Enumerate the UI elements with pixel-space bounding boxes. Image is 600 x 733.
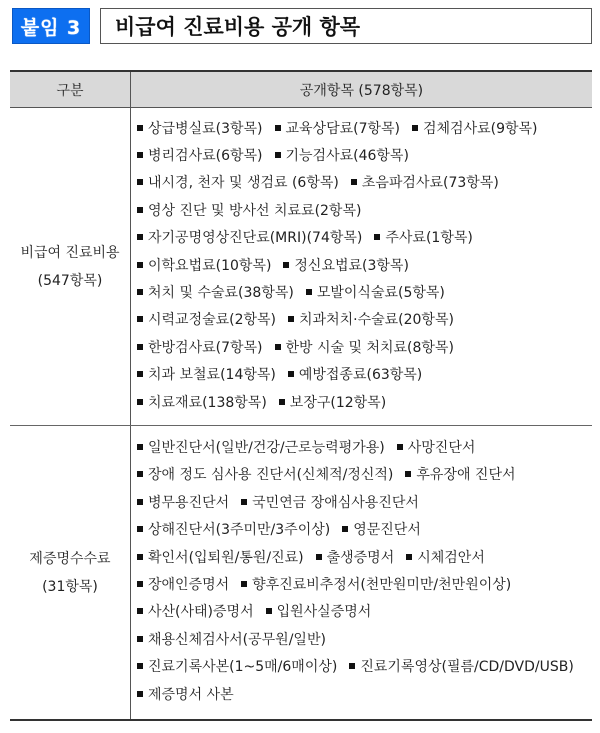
list-item-text: 채용신체검사서(공무원/일반) xyxy=(148,629,326,649)
list-item: 교육상담료(7항목) xyxy=(275,118,401,138)
list-item-text: 처치 및 수술료(38항목) xyxy=(148,282,294,302)
list-item-text: 검체검사료(9항목) xyxy=(423,118,538,138)
list-item-text: 모발이식술료(5항목) xyxy=(317,282,445,302)
list-item-text: 진료기록영상(필름/CD/DVD/USB) xyxy=(360,656,573,676)
list-item: 진료기록사본(1~5매/6매이상) xyxy=(137,656,337,676)
list-line: 상해진단서(3주미만/3주이상)영문진단서 xyxy=(137,515,592,542)
list-item: 초음파검사료(73항목) xyxy=(351,172,499,192)
list-item-text: 일반진단서(일반/건강/근로능력평가용) xyxy=(148,437,385,457)
list-item-text: 출생증명서 xyxy=(327,547,395,567)
list-line: 내시경, 천자 및 생검료 (6항목)초음파검사료(73항목) xyxy=(137,169,592,196)
list-item-text: 진료기록사본(1~5매/6매이상) xyxy=(148,656,337,676)
list-item-text: 기능검사료(46항목) xyxy=(286,145,409,165)
list-item: 보장구(12항목) xyxy=(279,392,386,412)
list-line: 제증명서 사본 xyxy=(137,680,592,707)
list-line: 채용신체검사서(공무원/일반) xyxy=(137,625,592,652)
square-bullet-icon xyxy=(137,444,143,450)
table-row-certificate-fees: 제증명수수료 (31항목) 일반진단서(일반/건강/근로능력평가용)사망진단서장… xyxy=(10,425,592,719)
list-item-text: 병리검사료(6항목) xyxy=(148,145,263,165)
appendix-badge: 붙임 3 xyxy=(12,8,90,44)
square-bullet-icon xyxy=(275,152,281,158)
list-line: 일반진단서(일반/건강/근로능력평가용)사망진단서 xyxy=(137,433,592,460)
list-item-text: 내시경, 천자 및 생검료 (6항목) xyxy=(148,172,339,192)
category-name: 비급여 진료비용 xyxy=(20,239,119,267)
square-bullet-icon xyxy=(283,262,289,268)
category-cell: 비급여 진료비용 (547항목) xyxy=(10,108,131,425)
list-line: 진료기록사본(1~5매/6매이상)진료기록영상(필름/CD/DVD/USB) xyxy=(137,652,592,679)
list-line: 상급병실료(3항목)교육상담료(7항목)검체검사료(9항목) xyxy=(137,114,592,141)
items-cell: 상급병실료(3항목)교육상담료(7항목)검체검사료(9항목)병리검사료(6항목)… xyxy=(131,108,592,425)
square-bullet-icon xyxy=(137,289,143,295)
square-bullet-icon xyxy=(137,152,143,158)
category-count: (547항목) xyxy=(38,267,103,295)
square-bullet-icon xyxy=(137,663,143,669)
list-item: 후유장애 진단서 xyxy=(405,464,515,484)
list-item: 시체검안서 xyxy=(406,547,485,567)
list-item-text: 치과처치·수술료(20항목) xyxy=(299,309,454,329)
square-bullet-icon xyxy=(279,399,285,405)
list-item: 치료재료(138항목) xyxy=(137,392,267,412)
table-row-noncovered-fees: 비급여 진료비용 (547항목) 상급병실료(3항목)교육상담료(7항목)검체검… xyxy=(10,108,592,425)
square-bullet-icon xyxy=(316,554,322,560)
square-bullet-icon xyxy=(137,471,143,477)
list-item: 입원사실증명서 xyxy=(266,601,372,621)
list-line: 확인서(입퇴원/통원/진료)출생증명서시체검안서 xyxy=(137,543,592,570)
list-item-text: 주사료(1항목) xyxy=(385,227,472,247)
list-item: 장애 정도 심사용 진단서(신체적/정신적) xyxy=(137,464,393,484)
list-item: 일반진단서(일반/건강/근로능력평가용) xyxy=(137,437,385,457)
list-item: 사산(사태)증명서 xyxy=(137,601,254,621)
list-item: 내시경, 천자 및 생검료 (6항목) xyxy=(137,172,339,192)
list-item: 병리검사료(6항목) xyxy=(137,145,263,165)
list-item: 주사료(1항목) xyxy=(374,227,472,247)
table-header-row: 구분 공개항목 (578항목) xyxy=(10,72,592,108)
square-bullet-icon xyxy=(275,344,281,350)
column-header-category: 구분 xyxy=(10,72,131,107)
items-cell: 일반진단서(일반/건강/근로능력평가용)사망진단서장애 정도 심사용 진단서(신… xyxy=(131,426,592,719)
list-item: 자기공명영상진단료(MRI)(74항목) xyxy=(137,227,362,247)
list-item: 처치 및 수술료(38항목) xyxy=(137,282,294,302)
square-bullet-icon xyxy=(137,207,143,213)
list-item: 장애인증명서 xyxy=(137,574,229,594)
list-line: 한방검사료(7항목)한방 시술 및 처치료(8항목) xyxy=(137,333,592,360)
list-item-text: 자기공명영상진단료(MRI)(74항목) xyxy=(148,227,362,247)
square-bullet-icon xyxy=(351,179,357,185)
category-name: 제증명수수료 xyxy=(29,545,110,573)
list-line: 사산(사태)증명서입원사실증명서 xyxy=(137,598,592,625)
list-item-text: 입원사실증명서 xyxy=(277,601,372,621)
square-bullet-icon xyxy=(349,663,355,669)
list-line: 치과 보철료(14항목)예방접종료(63항목) xyxy=(137,361,592,388)
square-bullet-icon xyxy=(374,234,380,240)
square-bullet-icon xyxy=(288,316,294,322)
square-bullet-icon xyxy=(241,499,247,505)
list-item-text: 치과 보철료(14항목) xyxy=(148,364,276,384)
list-item: 영상 진단 및 방사선 치료료(2항목) xyxy=(137,200,361,220)
list-item: 채용신체검사서(공무원/일반) xyxy=(137,629,326,649)
square-bullet-icon xyxy=(137,499,143,505)
page-title-text: 비급여 진료비용 공개 항목 xyxy=(115,11,360,41)
list-item: 확인서(입퇴원/통원/진료) xyxy=(137,547,304,567)
list-line: 영상 진단 및 방사선 치료료(2항목) xyxy=(137,196,592,223)
list-item-text: 시체검안서 xyxy=(417,547,485,567)
page-title: 비급여 진료비용 공개 항목 xyxy=(100,8,592,44)
square-bullet-icon xyxy=(137,344,143,350)
list-item-text: 치료재료(138항목) xyxy=(148,392,267,412)
square-bullet-icon xyxy=(137,179,143,185)
list-item: 검체검사료(9항목) xyxy=(412,118,538,138)
list-item-text: 장애인증명서 xyxy=(148,574,229,594)
list-item-text: 한방 시술 및 처치료(8항목) xyxy=(286,337,454,357)
list-item: 사망진단서 xyxy=(397,437,476,457)
list-item-text: 사산(사태)증명서 xyxy=(148,601,254,621)
list-item-text: 사망진단서 xyxy=(408,437,476,457)
square-bullet-icon xyxy=(342,526,348,532)
square-bullet-icon xyxy=(137,125,143,131)
list-item-text: 영상 진단 및 방사선 치료료(2항목) xyxy=(148,200,361,220)
list-item: 병무용진단서 xyxy=(137,492,229,512)
square-bullet-icon xyxy=(137,371,143,377)
list-line: 병무용진단서국민연금 장애심사용진단서 xyxy=(137,488,592,515)
list-item-text: 향후진료비추정서(천만원미만/천만원이상) xyxy=(252,574,511,594)
square-bullet-icon xyxy=(288,371,294,377)
list-item: 영문진단서 xyxy=(342,519,421,539)
square-bullet-icon xyxy=(137,262,143,268)
square-bullet-icon xyxy=(137,234,143,240)
list-line: 병리검사료(6항목)기능검사료(46항목) xyxy=(137,141,592,168)
list-item-text: 한방검사료(7항목) xyxy=(148,337,263,357)
list-item: 모발이식술료(5항목) xyxy=(306,282,445,302)
list-item-text: 제증명서 사본 xyxy=(148,684,234,704)
square-bullet-icon xyxy=(137,526,143,532)
category-cell: 제증명수수료 (31항목) xyxy=(10,426,131,719)
list-item: 출생증명서 xyxy=(316,547,395,567)
square-bullet-icon xyxy=(397,444,403,450)
list-item: 한방 시술 및 처치료(8항목) xyxy=(275,337,454,357)
list-item-text: 장애 정도 심사용 진단서(신체적/정신적) xyxy=(148,464,393,484)
square-bullet-icon xyxy=(275,125,281,131)
square-bullet-icon xyxy=(137,636,143,642)
list-item: 한방검사료(7항목) xyxy=(137,337,263,357)
list-item: 예방접종료(63항목) xyxy=(288,364,422,384)
list-item-text: 보장구(12항목) xyxy=(290,392,386,412)
list-item: 치과 보철료(14항목) xyxy=(137,364,276,384)
list-line: 장애인증명서향후진료비추정서(천만원미만/천만원이상) xyxy=(137,570,592,597)
square-bullet-icon xyxy=(137,399,143,405)
square-bullet-icon xyxy=(137,554,143,560)
list-line: 시력교정술료(2항목)치과처치·수술료(20항목) xyxy=(137,306,592,333)
list-item-text: 상급병실료(3항목) xyxy=(148,118,263,138)
list-item: 치과처치·수술료(20항목) xyxy=(288,309,454,329)
list-line: 장애 정도 심사용 진단서(신체적/정신적)후유장애 진단서 xyxy=(137,461,592,488)
list-item: 제증명서 사본 xyxy=(137,684,234,704)
square-bullet-icon xyxy=(306,289,312,295)
list-item: 향후진료비추정서(천만원미만/천만원이상) xyxy=(241,574,511,594)
square-bullet-icon xyxy=(137,608,143,614)
list-item-text: 후유장애 진단서 xyxy=(416,464,515,484)
column-header-items: 공개항목 (578항목) xyxy=(131,72,592,107)
list-item-text: 정신요법료(3항목) xyxy=(294,255,409,275)
list-item-text: 상해진단서(3주미만/3주이상) xyxy=(148,519,330,539)
square-bullet-icon xyxy=(137,316,143,322)
square-bullet-icon xyxy=(266,608,272,614)
category-count: (31항목) xyxy=(42,573,98,601)
list-line: 치료재료(138항목)보장구(12항목) xyxy=(137,388,592,415)
list-item-text: 초음파검사료(73항목) xyxy=(362,172,499,192)
list-item: 진료기록영상(필름/CD/DVD/USB) xyxy=(349,656,573,676)
list-item-text: 예방접종료(63항목) xyxy=(299,364,422,384)
list-item-text: 국민연금 장애심사용진단서 xyxy=(252,492,419,512)
list-item: 기능검사료(46항목) xyxy=(275,145,409,165)
list-item: 국민연금 장애심사용진단서 xyxy=(241,492,419,512)
square-bullet-icon xyxy=(241,581,247,587)
list-line: 자기공명영상진단료(MRI)(74항목)주사료(1항목) xyxy=(137,224,592,251)
square-bullet-icon xyxy=(137,581,143,587)
list-item-text: 영문진단서 xyxy=(353,519,421,539)
list-item: 상해진단서(3주미만/3주이상) xyxy=(137,519,330,539)
list-item-text: 확인서(입퇴원/통원/진료) xyxy=(148,547,304,567)
list-item: 정신요법료(3항목) xyxy=(283,255,409,275)
list-line: 처치 및 수술료(38항목)모발이식술료(5항목) xyxy=(137,278,592,305)
list-item-text: 병무용진단서 xyxy=(148,492,229,512)
square-bullet-icon xyxy=(405,471,411,477)
square-bullet-icon xyxy=(412,125,418,131)
disclosure-table: 구분 공개항목 (578항목) 비급여 진료비용 (547항목) 상급병실료(3… xyxy=(10,70,592,721)
list-item: 이학요법료(10항목) xyxy=(137,255,271,275)
list-line: 이학요법료(10항목)정신요법료(3항목) xyxy=(137,251,592,278)
list-item-text: 교육상담료(7항목) xyxy=(286,118,401,138)
list-item-text: 이학요법료(10항목) xyxy=(148,255,271,275)
square-bullet-icon xyxy=(137,691,143,697)
list-item: 시력교정술료(2항목) xyxy=(137,309,276,329)
list-item-text: 시력교정술료(2항목) xyxy=(148,309,276,329)
square-bullet-icon xyxy=(406,554,412,560)
list-item: 상급병실료(3항목) xyxy=(137,118,263,138)
